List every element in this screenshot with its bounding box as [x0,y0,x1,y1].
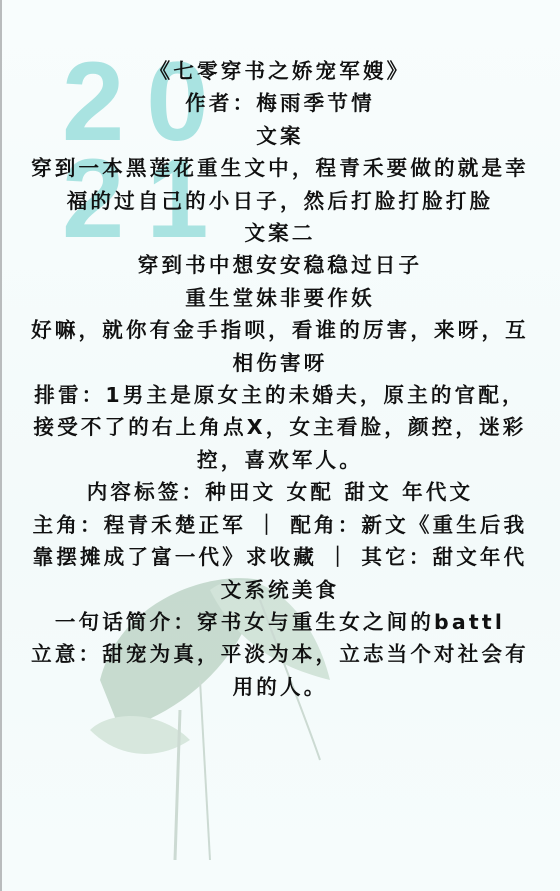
roles-text: 主角：程青禾楚正军 ｜ 配角：新文《重生后我 [0,509,560,541]
one-line-summary: 一句话简介：穿书女与重生女之间的battl [0,606,560,638]
roles-text: 文系统美食 [0,574,560,606]
book-title: 《七零穿书之娇宠军嫂》 [0,55,560,87]
content-tags: 内容标签：种田文 女配 甜文 年代文 [0,476,560,508]
section2-text: 相伤害呀 [0,347,560,379]
theme-text: 立意：甜宠为真，平淡为本，立志当个对社会有 [0,638,560,670]
section1-text: 穿到一本黑莲花重生文中，程青禾要做的就是幸 [0,152,560,184]
section1-heading: 文案 [0,120,560,152]
theme-text: 用的人。 [0,671,560,703]
section1-text: 福的过自己的小日子，然后打脸打脸打脸 [0,185,560,217]
section2-text: 穿到书中想安安稳稳过日子 [0,249,560,281]
warning-text: 控，喜欢军人。 [0,444,560,476]
section2-heading: 文案二 [0,217,560,249]
roles-text: 靠摆摊成了富一代》求收藏 ｜ 其它：甜文年代 [0,541,560,573]
warning-text: 排雷：1男主是原女主的未婚夫，原主的官配， [0,379,560,411]
section2-text: 重生堂妹非要作妖 [0,282,560,314]
book-blurb: 《七零穿书之娇宠军嫂》 作者：梅雨季节情 文案 穿到一本黑莲花重生文中，程青禾要… [0,55,560,703]
author-line: 作者：梅雨季节情 [0,87,560,119]
section2-text: 好嘛，就你有金手指呗，看谁的厉害，来呀，互 [0,314,560,346]
warning-text: 接受不了的右上角点X，女主看脸，颜控，迷彩 [0,411,560,443]
